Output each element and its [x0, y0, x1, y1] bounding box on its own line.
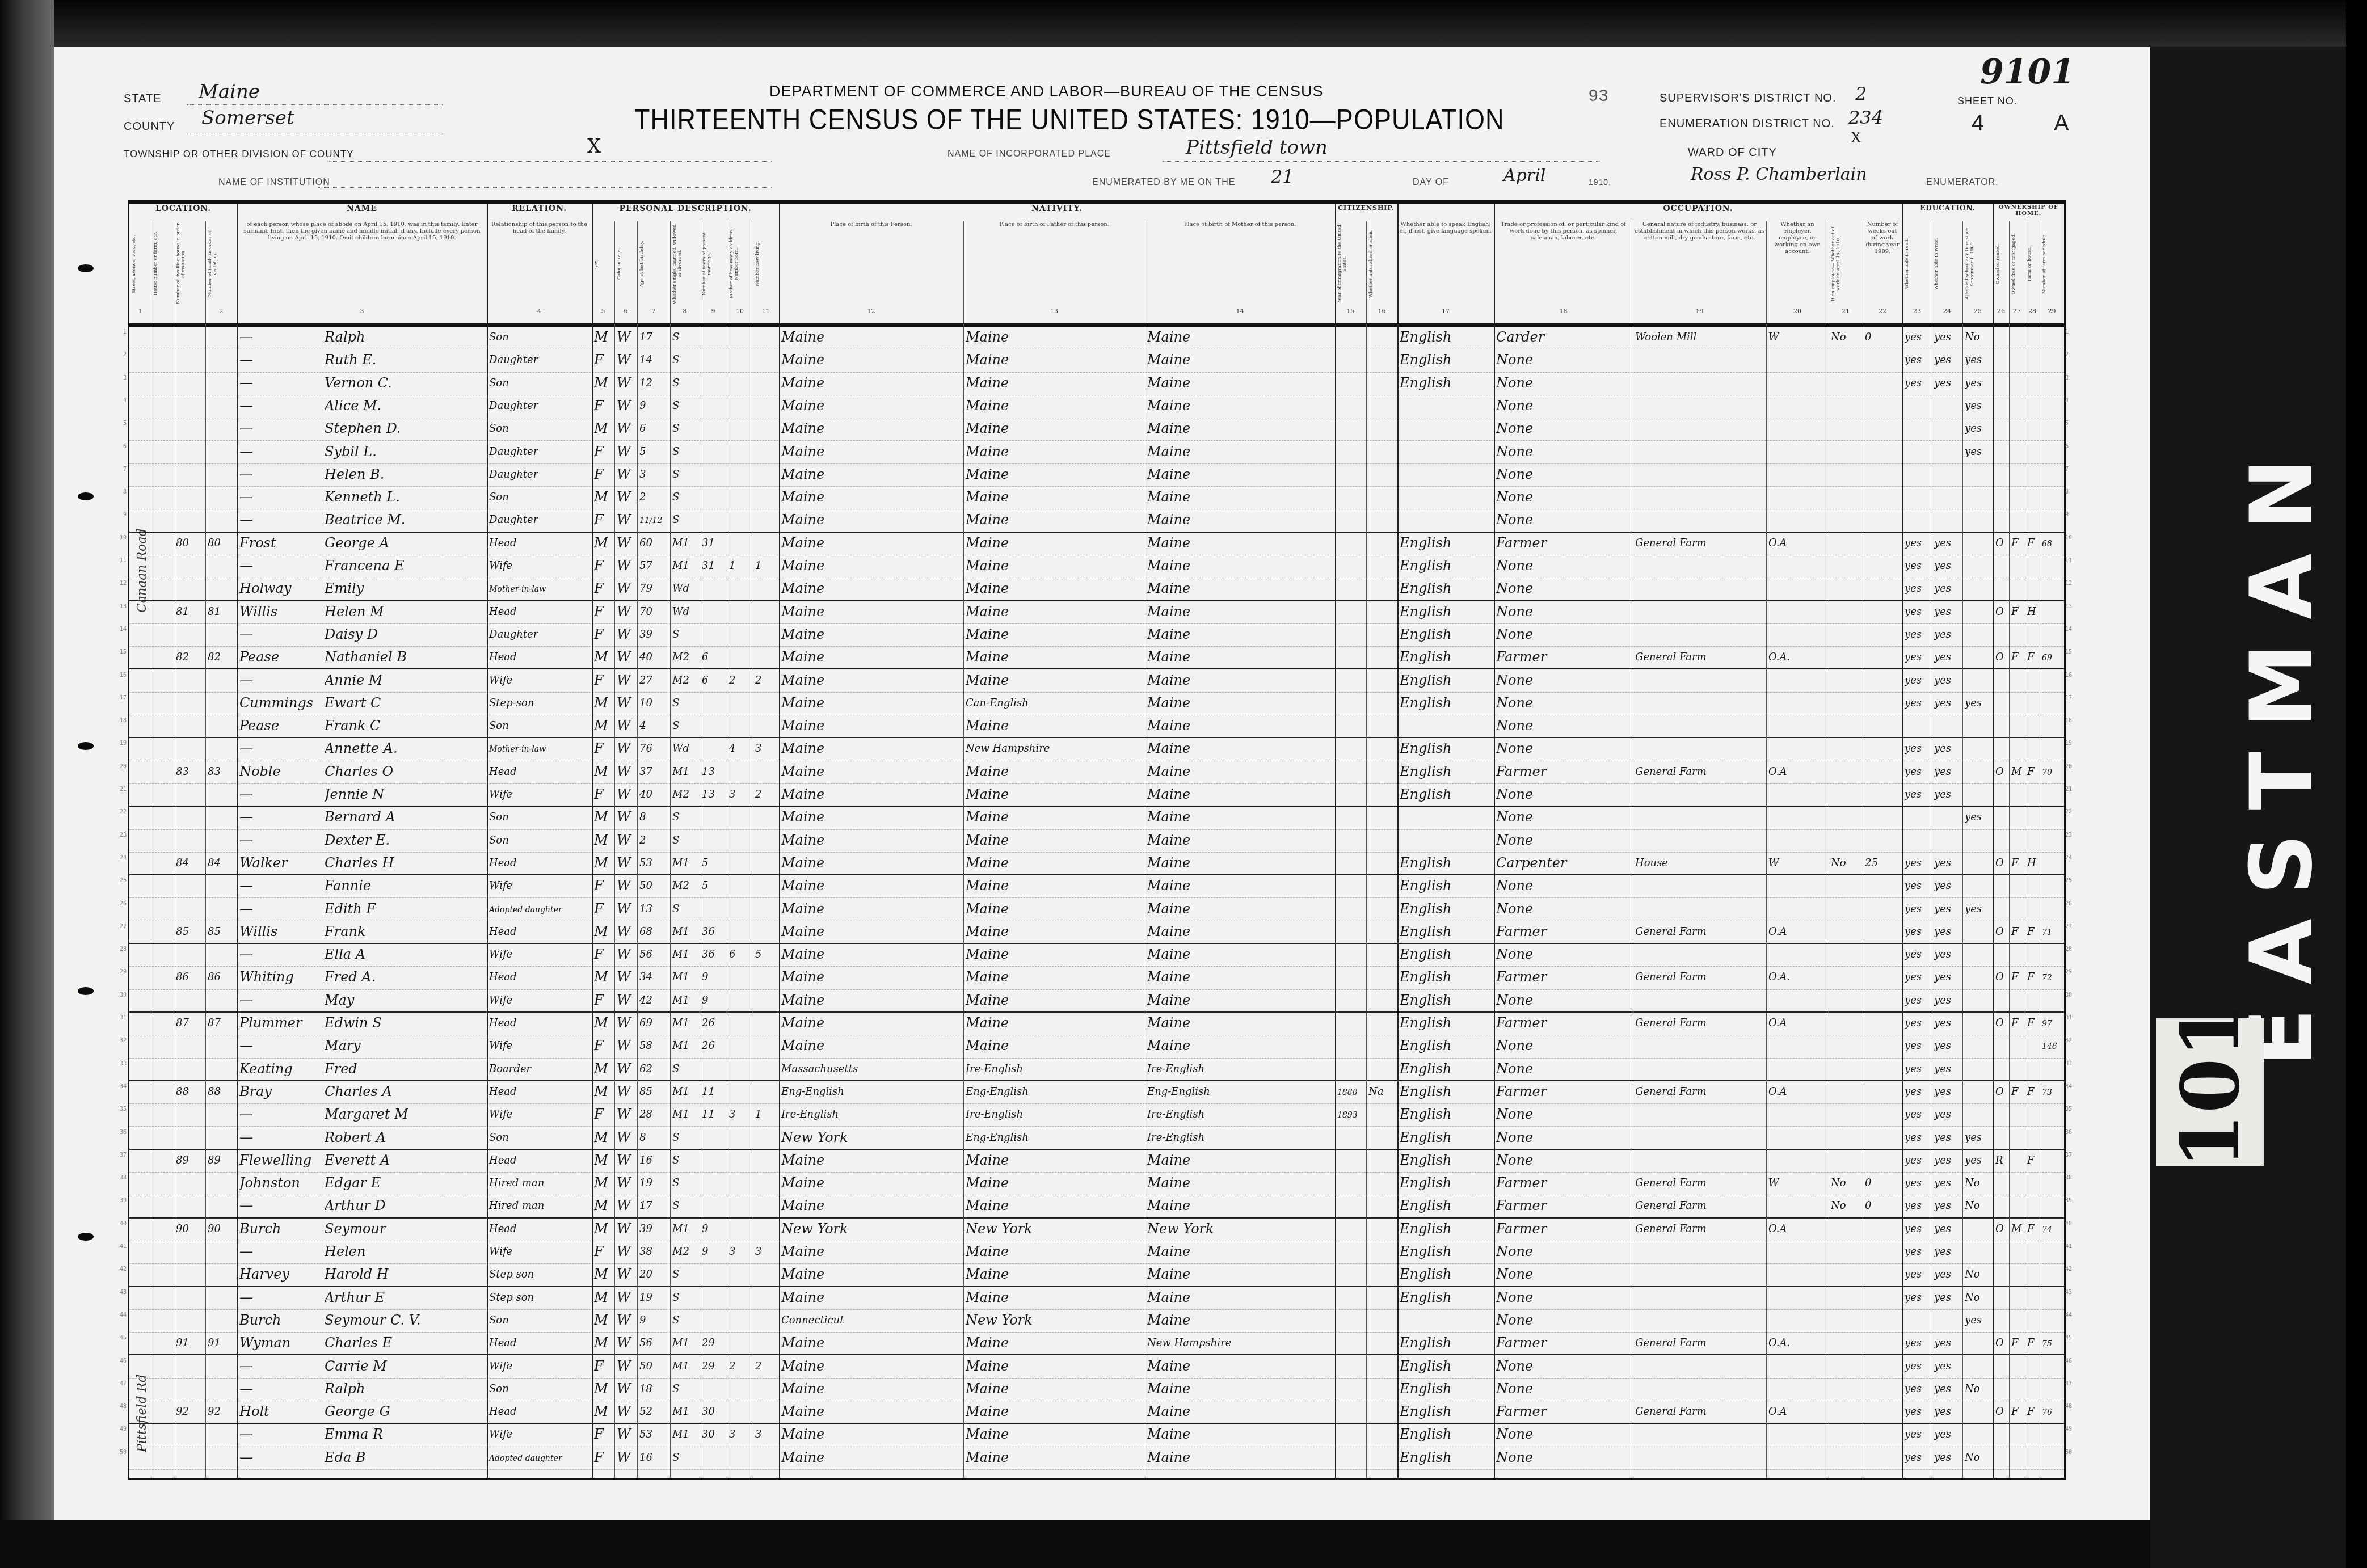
relation: Son — [489, 423, 591, 435]
group-nativity: NATIVITY. — [779, 204, 1335, 219]
birthplace: Maine — [781, 1403, 962, 1419]
mother-birthplace: Maine — [1147, 375, 1334, 391]
surname: Johnston — [239, 1175, 321, 1191]
sex: M — [594, 1015, 613, 1031]
relation: Son — [489, 491, 591, 503]
free-or-mortgaged: F — [2011, 1337, 2024, 1349]
relation: Head — [489, 1154, 591, 1166]
relation: Head — [489, 766, 591, 778]
birthplace: Maine — [781, 1289, 962, 1305]
surname: Wyman — [239, 1335, 321, 1351]
immigration-year: 1888 — [1337, 1088, 1365, 1097]
marital-status: S — [672, 1292, 698, 1304]
language: English — [1400, 786, 1493, 802]
father-birthplace: Maine — [966, 1266, 1144, 1282]
trade: None — [1496, 1244, 1632, 1259]
dwelling-number: 81 — [176, 606, 204, 618]
surname: — — [239, 1449, 321, 1465]
age: 16 — [639, 1154, 669, 1166]
column-divider — [592, 204, 593, 1478]
sex: F — [594, 626, 613, 642]
birthplace: Maine — [781, 558, 962, 574]
birthplace: Maine — [781, 444, 962, 460]
employer-status: O.A — [1768, 1406, 1827, 1418]
sex: M — [594, 1198, 613, 1213]
father-birthplace: Maine — [966, 992, 1144, 1008]
children-living: 1 — [755, 1108, 778, 1120]
can-write: yes — [1934, 1017, 1961, 1029]
farm-or-house: F — [2027, 537, 2039, 549]
group-location: LOCATION. — [129, 204, 237, 219]
years-married: 31 — [702, 560, 726, 572]
language: English — [1400, 1129, 1493, 1145]
father-birthplace: Maine — [966, 444, 1144, 460]
can-read: yes — [1905, 1337, 1931, 1349]
line-number-left: 10 — [111, 535, 127, 541]
column-number: 10 — [727, 307, 753, 319]
free-or-mortgaged: F — [2011, 1406, 2024, 1418]
column-header: Whether able to read. — [1902, 221, 1932, 306]
sex: M — [594, 969, 613, 985]
line-number-right: 13 — [2065, 604, 2082, 610]
column-divider — [1902, 204, 1903, 1478]
trade: None — [1496, 1061, 1632, 1077]
surname: Keating — [239, 1061, 321, 1077]
line-number-right: 47 — [2065, 1381, 2082, 1387]
years-married: 5 — [702, 857, 726, 869]
marital-status: S — [672, 1314, 698, 1326]
employer-status: W — [1768, 331, 1827, 343]
dwelling-number: 90 — [176, 1223, 204, 1235]
table-row: 8383NobleCharles OHeadMW37M113MaineMaine… — [129, 761, 2064, 784]
trade: None — [1496, 1312, 1632, 1328]
sex: F — [594, 740, 613, 756]
given-name: Fred A. — [325, 969, 486, 985]
birthplace: Maine — [781, 1015, 962, 1031]
line-number-right: 44 — [2065, 1312, 2082, 1318]
father-birthplace: Maine — [966, 901, 1144, 917]
table-row: —Edith FAdopted daughterFW13SMaineMaineM… — [129, 899, 2064, 921]
trade: Carpenter — [1496, 855, 1632, 871]
column-number: 29 — [2040, 307, 2064, 319]
marital-status: S — [672, 1132, 698, 1144]
line-number-left: 25 — [111, 878, 127, 884]
father-birthplace: Maine — [966, 420, 1144, 436]
race: W — [617, 1358, 636, 1374]
owned-or-rented: O — [1995, 766, 2008, 778]
line-number-right: 23 — [2065, 832, 2082, 838]
birthplace: Maine — [781, 832, 962, 848]
mother-birthplace: Maine — [1147, 1175, 1334, 1191]
family-number: 90 — [208, 1223, 236, 1235]
farm-or-house: H — [2027, 857, 2039, 869]
mother-birthplace: Maine — [1147, 626, 1334, 642]
column-header: Number of family in order of visitation. — [205, 221, 237, 306]
father-birthplace: Maine — [966, 969, 1144, 985]
mother-birthplace: Maine — [1147, 695, 1334, 711]
given-name: Emily — [325, 580, 486, 596]
table-row: —Francena EWifeFW57M13111MaineMaineMaine… — [129, 555, 2064, 578]
relation: Head — [489, 857, 591, 869]
mother-birthplace: Maine — [1147, 1198, 1334, 1213]
table-row: 9292HoltGeorge GHeadMW52M130MaineMaineMa… — [129, 1401, 2064, 1424]
given-name: Charles E — [325, 1335, 486, 1351]
father-birthplace: New Hampshire — [966, 743, 1144, 755]
can-write: yes — [1934, 880, 1961, 892]
age: 12 — [639, 377, 669, 389]
father-birthplace: Eng-English — [966, 1132, 1144, 1144]
family-number: 84 — [208, 857, 236, 869]
marital-status: M1 — [672, 1428, 698, 1440]
given-name: Frank C — [325, 718, 486, 734]
attended-school: yes — [1965, 400, 1992, 412]
line-number-right: 29 — [2065, 969, 2082, 975]
can-read: yes — [1905, 1108, 1931, 1120]
attended-school: No — [1965, 1452, 1992, 1464]
trade: None — [1496, 740, 1632, 756]
attended-school: yes — [1965, 811, 1992, 823]
column-header: Place of birth of Mother of this person. — [1145, 221, 1335, 306]
family-number: 81 — [208, 606, 236, 618]
marital-status: M1 — [672, 560, 698, 572]
sex: M — [594, 329, 613, 345]
family-number: 89 — [208, 1154, 236, 1166]
table-row: CummingsEwart CStep-sonMW10SMaineCan-Eng… — [129, 693, 2064, 715]
given-name: Arthur E — [325, 1289, 486, 1305]
relation: Wife — [489, 880, 591, 892]
birthplace: Maine — [781, 1426, 962, 1442]
marital-status: M1 — [672, 1406, 698, 1418]
line-number-right: 39 — [2065, 1198, 2082, 1204]
can-read: yes — [1905, 1017, 1931, 1029]
line-number-right: 4 — [2065, 398, 2082, 404]
free-or-mortgaged: F — [2011, 1017, 2024, 1029]
father-birthplace: Maine — [966, 466, 1144, 482]
line-number-left: 35 — [111, 1106, 127, 1112]
sex: F — [594, 1106, 613, 1122]
farm-schedule: 97 — [2042, 1019, 2063, 1029]
enumerated-day: 21 — [1271, 166, 1294, 187]
race: W — [617, 512, 636, 528]
attended-school: yes — [1965, 697, 1992, 709]
language: English — [1400, 924, 1493, 939]
marital-status: S — [672, 400, 698, 412]
children-born: 2 — [729, 1360, 752, 1372]
marital-status: S — [672, 1383, 698, 1395]
trade: None — [1496, 558, 1632, 574]
line-number-left: 8 — [111, 489, 127, 495]
column-number: 4 — [487, 307, 592, 319]
binding-hole-icon — [78, 264, 94, 272]
age: 76 — [639, 743, 669, 755]
line-number-left: 19 — [111, 740, 127, 747]
sex: F — [594, 878, 613, 893]
children-born: 3 — [729, 1108, 752, 1120]
race: W — [617, 489, 636, 505]
attended-school: No — [1965, 1292, 1992, 1304]
given-name: Harold H — [325, 1266, 486, 1282]
column-number: 13 — [963, 307, 1145, 319]
county-value: Somerset — [201, 107, 294, 129]
birthplace: Maine — [781, 1381, 962, 1397]
line-number-left: 2 — [111, 352, 127, 358]
given-name: Seymour — [325, 1221, 486, 1237]
line-number-left: 26 — [111, 901, 127, 907]
relation: Daughter — [489, 629, 591, 640]
relation: Head — [489, 926, 591, 938]
dwelling-number: 86 — [176, 971, 204, 983]
line-number-left: 12 — [111, 580, 127, 587]
table-row: PeaseFrank CSonMW4SMaineMaineMaineNone — [129, 715, 2064, 738]
mother-birthplace: Maine — [1147, 672, 1334, 688]
can-write: yes — [1934, 1086, 1961, 1098]
year-value: 1910. — [1589, 178, 1611, 187]
mother-birthplace: Maine — [1147, 420, 1334, 436]
sex: M — [594, 1335, 613, 1351]
race: W — [617, 444, 636, 460]
relation: Head — [489, 1223, 591, 1235]
sex: F — [594, 512, 613, 528]
can-write: yes — [1934, 675, 1961, 686]
column-header: Whether naturalized or alien. — [1366, 221, 1397, 306]
column-divider — [700, 221, 700, 1478]
can-read: yes — [1905, 766, 1931, 778]
can-read: yes — [1905, 1086, 1931, 1098]
marital-status: M2 — [672, 675, 698, 686]
given-name: Jennie N — [325, 786, 486, 802]
marital-status: S — [672, 834, 698, 846]
trade: Farmer — [1496, 1221, 1632, 1237]
marital-status: Wd — [672, 606, 698, 618]
family-number: 92 — [208, 1406, 236, 1418]
sex: M — [594, 649, 613, 665]
dwelling-number: 92 — [176, 1406, 204, 1418]
table-row: —Ruth E.DaughterFW14SMaineMaineMaineEngl… — [129, 349, 2064, 372]
marital-status: M1 — [672, 1040, 698, 1052]
race: W — [617, 695, 636, 711]
can-read: yes — [1905, 675, 1931, 686]
line-number-left: 5 — [111, 420, 127, 427]
farm-schedule: 74 — [2042, 1225, 2063, 1234]
mother-birthplace: Maine — [1147, 352, 1334, 368]
father-birthplace: Maine — [966, 558, 1144, 574]
years-married: 9 — [702, 1246, 726, 1258]
relation: Wife — [489, 1360, 591, 1372]
sex: M — [594, 1403, 613, 1419]
father-birthplace: Maine — [966, 878, 1144, 893]
frame-number: 9101 — [1980, 52, 2075, 92]
supervisor-label: SUPERVISOR'S DISTRICT NO. — [1660, 92, 1836, 105]
race: W — [617, 740, 636, 756]
age: 28 — [639, 1108, 669, 1120]
sex: M — [594, 1266, 613, 1282]
line-number-left: 31 — [111, 1015, 127, 1021]
marital-status: S — [672, 1200, 698, 1212]
race: W — [617, 878, 636, 893]
township-value: X — [587, 135, 601, 158]
can-write: yes — [1934, 1428, 1961, 1440]
sex: M — [594, 1221, 613, 1237]
line-number-right: 38 — [2065, 1175, 2082, 1181]
given-name: Annie M — [325, 672, 486, 688]
line-number-left: 1 — [111, 329, 127, 335]
relation: Wife — [489, 1246, 591, 1258]
column-number: 25 — [1962, 307, 1993, 319]
line-number-right: 36 — [2065, 1129, 2082, 1136]
language: English — [1400, 946, 1493, 962]
relation: Adopted daughter — [489, 1454, 591, 1463]
trade: None — [1496, 1106, 1632, 1122]
out-of-work: No — [1831, 857, 1861, 869]
surname: — — [239, 329, 321, 345]
group-personal: PERSONAL DESCRIPTION. — [592, 204, 779, 219]
marital-status: Wd — [672, 743, 698, 755]
surname: — — [239, 992, 321, 1008]
dwelling-number: 87 — [176, 1017, 204, 1029]
marital-status: S — [672, 720, 698, 732]
age: 18 — [639, 1383, 669, 1395]
sex: F — [594, 1358, 613, 1374]
given-name: Fred — [325, 1061, 486, 1077]
column-divider — [1633, 221, 1633, 1478]
can-write: yes — [1934, 926, 1961, 938]
attended-school: yes — [1965, 1314, 1992, 1326]
mother-birthplace: Ire-English — [1147, 1063, 1334, 1075]
industry: General Farm — [1635, 1017, 1765, 1029]
attended-school: yes — [1965, 1132, 1992, 1144]
column-number: 26 — [1993, 307, 2009, 319]
trade: Farmer — [1496, 764, 1632, 779]
race: W — [617, 1381, 636, 1397]
mother-birthplace: Maine — [1147, 512, 1334, 528]
family-number: 86 — [208, 971, 236, 983]
mother-birthplace: Maine — [1147, 1449, 1334, 1465]
father-birthplace: Maine — [966, 329, 1144, 345]
line-number-left: 11 — [111, 558, 127, 564]
line-number-right: 3 — [2065, 375, 2082, 381]
father-birthplace: Maine — [966, 809, 1144, 825]
age: 4 — [639, 720, 669, 732]
trade: None — [1496, 695, 1632, 711]
can-write: yes — [1934, 1292, 1961, 1304]
free-or-mortgaged: F — [2011, 926, 2024, 938]
given-name: Frank — [325, 924, 486, 939]
father-birthplace: Maine — [966, 946, 1144, 962]
marital-status: M1 — [672, 1086, 698, 1098]
relation: Head — [489, 1337, 591, 1349]
column-number: 2 — [205, 307, 237, 319]
surname: — — [239, 672, 321, 688]
column-number: 15 — [1335, 307, 1366, 319]
years-married: 31 — [702, 537, 726, 549]
film-top-edge — [0, 0, 2367, 47]
mother-birthplace: Maine — [1147, 398, 1334, 414]
column-divider — [174, 221, 174, 1478]
owned-or-rented: O — [1995, 1223, 2008, 1235]
race: W — [617, 786, 636, 802]
line-number-left: 49 — [111, 1426, 127, 1432]
line-number-left: 34 — [111, 1084, 127, 1090]
mother-birthplace: Ire-English — [1147, 1132, 1334, 1144]
trade: None — [1496, 992, 1632, 1008]
can-write: yes — [1934, 1132, 1961, 1144]
surname: — — [239, 878, 321, 893]
table-row: JohnstonEdgar EHired manMW19SMaineMaineM… — [129, 1173, 2064, 1195]
free-or-mortgaged: F — [2011, 1086, 2024, 1098]
race: W — [617, 329, 636, 345]
given-name: George G — [325, 1403, 486, 1419]
free-or-mortgaged: F — [2011, 606, 2024, 618]
sex: F — [594, 1244, 613, 1259]
farm-schedule: 71 — [2042, 928, 2063, 937]
can-write: yes — [1934, 629, 1961, 640]
race: W — [617, 1129, 636, 1145]
can-write: yes — [1934, 789, 1961, 800]
column-header: Number of farm schedule. — [2040, 221, 2064, 306]
line-number-left: 38 — [111, 1175, 127, 1181]
column-divider — [1962, 221, 1963, 1478]
relation: Son — [489, 1132, 591, 1144]
owned-or-rented: R — [1995, 1154, 2008, 1166]
children-born: 2 — [729, 675, 752, 686]
marital-status: S — [672, 491, 698, 503]
mother-birthplace: Maine — [1147, 924, 1334, 939]
line-number-left: 20 — [111, 764, 127, 770]
language: English — [1400, 649, 1493, 665]
birthplace: New York — [781, 1129, 962, 1145]
column-header: Age at last birthday. — [637, 221, 670, 306]
owned-or-rented: O — [1995, 857, 2008, 869]
attended-school: No — [1965, 331, 1992, 343]
column-header: Sex. — [592, 221, 614, 306]
surname: — — [239, 1038, 321, 1053]
can-read: yes — [1905, 1383, 1931, 1395]
relation: Son — [489, 331, 591, 343]
marital-status: S — [672, 1063, 698, 1075]
sex: M — [594, 1289, 613, 1305]
sex: F — [594, 580, 613, 596]
dwelling-number: 88 — [176, 1086, 204, 1098]
trade: None — [1496, 832, 1632, 848]
column-number: 14 — [1145, 307, 1335, 319]
free-or-mortgaged: M — [2011, 1223, 2024, 1235]
years-married: 26 — [702, 1017, 726, 1029]
column-number: 7 — [637, 307, 670, 319]
mother-birthplace: Ire-English — [1147, 1108, 1334, 1120]
age: 60 — [639, 537, 669, 549]
line-number-right: 21 — [2065, 786, 2082, 793]
age: 34 — [639, 971, 669, 983]
column-divider — [614, 221, 615, 1478]
birthplace: Maine — [781, 1335, 962, 1351]
race: W — [617, 1038, 636, 1053]
birthplace: Maine — [781, 1175, 962, 1191]
line-number-left: 15 — [111, 649, 127, 655]
owned-or-rented: O — [1995, 1017, 2008, 1029]
mother-birthplace: Maine — [1147, 466, 1334, 482]
mother-birthplace: Maine — [1147, 329, 1334, 345]
age: 37 — [639, 766, 669, 778]
can-write: yes — [1934, 651, 1961, 663]
table-row: HarveyHarold HStep sonMW20SMaineMaineMai… — [129, 1264, 2064, 1287]
age: 79 — [639, 583, 669, 595]
marital-status: S — [672, 331, 698, 343]
table-row: —Annie MWifeFW27M2622MaineMaineMaineEngl… — [129, 670, 2064, 693]
line-number-left: 17 — [111, 695, 127, 701]
mother-birthplace: Maine — [1147, 649, 1334, 665]
column-header: Number now living. — [753, 221, 779, 306]
farm-schedule: 146 — [2042, 1042, 2063, 1051]
